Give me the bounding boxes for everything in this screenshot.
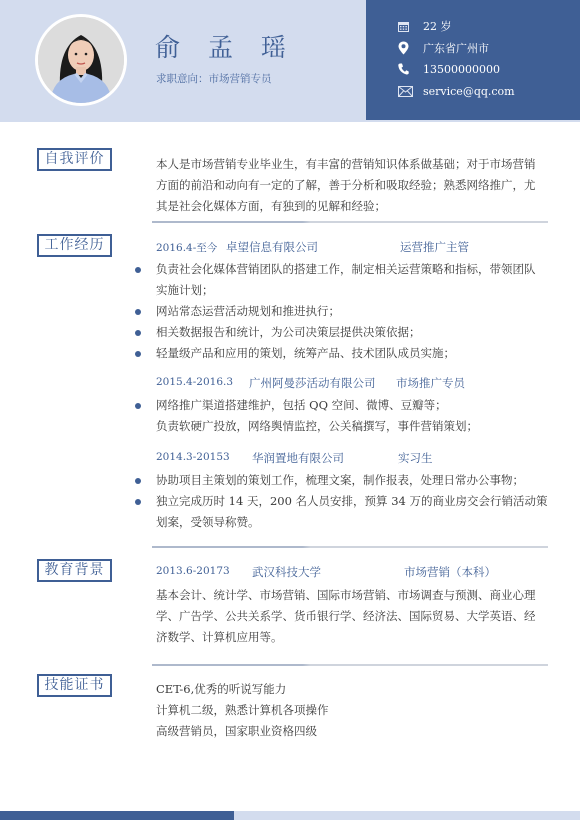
- skill-item: CET-6,优秀的听说写能力: [156, 679, 546, 700]
- section-label-education: 教育背景: [37, 559, 112, 582]
- footer-bar-light: [234, 811, 580, 820]
- self-eval-line: 方面的前沿和动向有一定的了解，善于分析和吸取经验；熟悉网络推广，尤: [156, 175, 546, 196]
- job-title: 运营推广主管: [400, 239, 469, 255]
- phone-text: 13500000000: [423, 63, 500, 76]
- duty-item: 网络推广渠道搭建维护，包括 QQ 空间、微博、豆瓣等；: [134, 395, 548, 416]
- education-school: 武汉科技大学: [252, 564, 321, 580]
- education-courses: 基本会计、统计学、市场营销、国际市场营销、市场调查与预测、商业心理 学、广告学、…: [156, 585, 546, 648]
- footer-bar-accent: [0, 811, 234, 820]
- email-text: service@qq.com: [423, 85, 515, 98]
- section-divider: [152, 546, 548, 548]
- courses-line: 学、广告学、公共关系学、货币银行学、经济法、国际贸易、大学英语、经: [156, 606, 546, 627]
- location-pin-icon: [398, 41, 414, 55]
- section-divider: [152, 664, 548, 666]
- duty-item: 相关数据报告和统计，为公司决策层提供决策依据；: [134, 322, 548, 343]
- job-company: 广州阿曼莎活动有限公司: [249, 375, 376, 391]
- skill-item: 高级营销员，国家职业资格四级: [156, 721, 546, 742]
- section-label-self-evaluation: 自我评价: [37, 148, 112, 171]
- job-company: 卓望信息有限公司: [226, 239, 318, 255]
- duty-item-continued: 划案，受领导称赞。: [134, 512, 548, 533]
- self-eval-line: 本人是市场营销专业毕业生，有丰富的营销知识体系做基础；对于市场营销: [156, 154, 546, 175]
- job-duties: 负责社会化媒体营销团队的搭建工作，制定相关运营策略和指标，带领团队 实施计划； …: [134, 259, 548, 364]
- job-title: 实习生: [398, 450, 433, 466]
- job-objective: 求职意向：市场营销专员: [156, 71, 272, 86]
- phone-icon: [398, 62, 414, 76]
- person-portrait-icon: [38, 17, 124, 103]
- duty-item: 独立完成历时 14 天，200 名人员安排，预算 34 万的商业房交会行销活动策: [134, 491, 548, 512]
- job-date: 2016.4-至今: [156, 240, 217, 255]
- section-label-skills: 技能证书: [37, 674, 112, 697]
- duty-item-continued: 实施计划；: [134, 280, 548, 301]
- self-evaluation-text: 本人是市场营销专业毕业生，有丰富的营销知识体系做基础；对于市场营销 方面的前沿和…: [156, 154, 546, 217]
- duty-item: 负责软硬广投放，网络舆情监控，公关稿撰写，事件营销策划；: [134, 416, 548, 437]
- job-company: 华润置地有限公司: [252, 450, 344, 466]
- skill-item: 计算机二级，熟悉计算机各项操作: [156, 700, 546, 721]
- section-divider: [152, 221, 548, 223]
- section-label-work-experience: 工作经历: [37, 234, 112, 257]
- duty-item: 轻量级产品和应用的策划，统筹产品、技术团队成员实施；: [134, 343, 548, 364]
- courses-line: 济数学、计算机应用等。: [156, 627, 546, 648]
- job-duties: 网络推广渠道搭建维护，包括 QQ 空间、微博、豆瓣等； 负责软硬广投放，网络舆情…: [134, 395, 548, 437]
- self-eval-line: 其是社会化媒体方面，有独到的见解和经验；: [156, 196, 546, 217]
- age-text: 22 岁: [423, 18, 452, 34]
- candidate-name: 俞 孟 瑶: [155, 28, 296, 64]
- job-duties: 协助项目主策划的策划工作，梳理文案，制作报表，处理日常办公事物； 独立完成历时 …: [134, 470, 548, 533]
- avatar: [35, 14, 127, 106]
- education-major: 市场营销（本科）: [404, 564, 496, 580]
- contact-location: 广东省广州市: [398, 40, 489, 56]
- duty-item: 协助项目主策划的策划工作，梳理文案，制作报表，处理日常办公事物；: [134, 470, 548, 491]
- profile-photo: [38, 17, 124, 103]
- contact-email: service@qq.com: [398, 84, 515, 98]
- calendar-icon: [398, 19, 414, 33]
- education-date: 2013.6-20173: [156, 565, 230, 577]
- location-text: 广东省广州市: [423, 40, 489, 56]
- mail-icon: [398, 84, 414, 98]
- job-title: 市场推广专员: [396, 375, 465, 391]
- duty-item: 负责社会化媒体营销团队的搭建工作，制定相关运营策略和指标，带领团队: [134, 259, 548, 280]
- skills-list: CET-6,优秀的听说写能力 计算机二级，熟悉计算机各项操作 高级营销员，国家职…: [156, 679, 546, 742]
- courses-line: 基本会计、统计学、市场营销、国际市场营销、市场调查与预测、商业心理: [156, 585, 546, 606]
- duty-item: 网站常态运营活动规划和推进执行；: [134, 301, 548, 322]
- job-date: 2015.4-2016.3: [156, 376, 233, 388]
- contact-phone: 13500000000: [398, 62, 500, 76]
- job-date: 2014.3-20153: [156, 451, 230, 463]
- contact-age: 22 岁: [398, 18, 452, 34]
